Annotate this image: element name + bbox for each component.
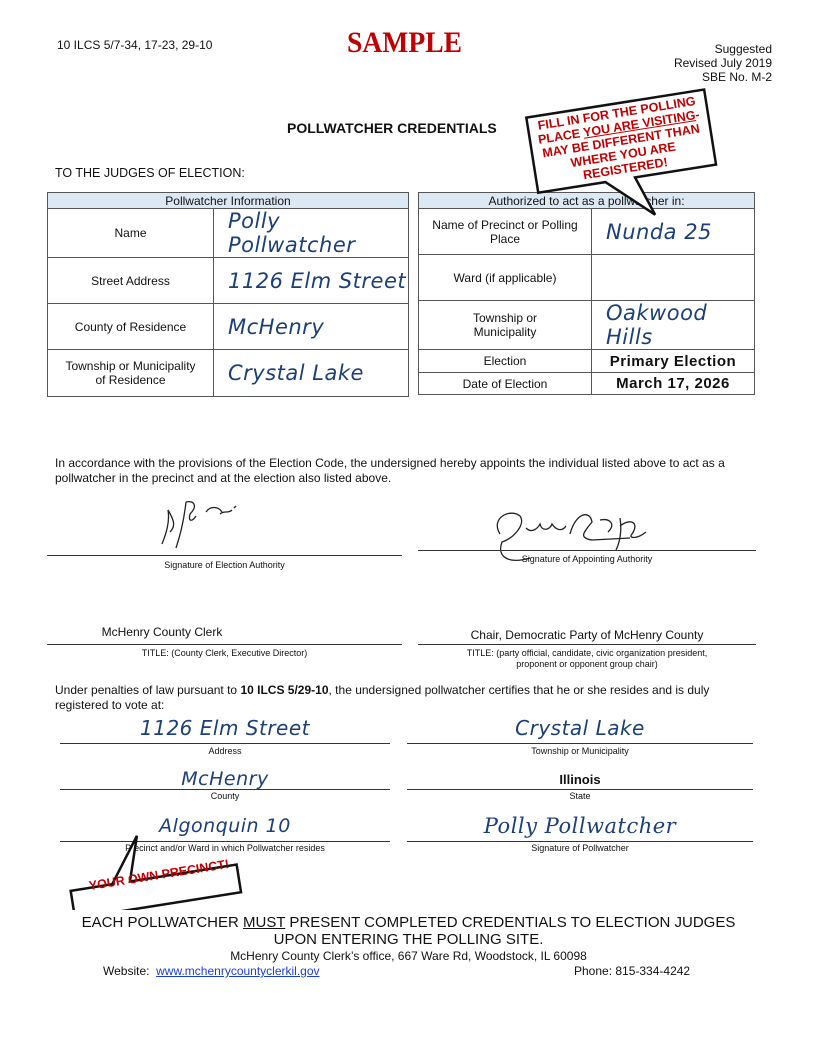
election-authority-title-line [47,644,402,645]
name-field[interactable]: Polly Pollwatcher [214,209,409,258]
website-row: Website: www.mchenrycountyclerkil.gov [103,964,320,978]
pollwatcher-signature-field[interactable]: Polly Pollwatcher [407,814,753,838]
footer-notice-line-2: UPON ENTERING THE POLLING SITE. [0,931,817,948]
appointment-text: In accordance with the provisions of the… [55,456,755,486]
state-caption: State [407,791,753,801]
website-link[interactable]: www.mchenrycountyclerkil.gov [156,964,319,978]
footer-notice: EACH POLLWATCHER MUST PRESENT COMPLETED … [0,914,817,948]
sample-watermark: SAMPLE [347,26,462,60]
registered-county-field[interactable]: McHenry [60,768,390,790]
county-label: County of Residence [48,304,214,350]
date-of-election-field[interactable]: March 17, 2026 [592,373,755,395]
footer-text: PRESENT COMPLETED CREDENTIALS TO ELECTIO… [285,914,735,931]
appointing-authority-signature-line [418,550,756,551]
pollwatcher-signature-line [407,841,753,842]
township-of-residence-label: Township or Municipality of Residence [48,350,214,397]
address-caption: Address [60,746,390,756]
phone-number: Phone: 815-334-4242 [574,964,690,978]
pollwatcher-info-table: Pollwatcher Information Name Polly Pollw… [47,192,409,397]
election-label: Election [419,350,592,373]
suggested-label: Suggested [674,42,772,56]
county-line [60,789,390,790]
website-label: Website: [103,964,149,978]
certification-text-part: Under penalties of law pursuant to [55,683,240,697]
revised-date: Revised July 2019 [674,56,772,70]
township-line [407,743,753,744]
form-revision-info: Suggested Revised July 2019 SBE No. M-2 [674,42,772,84]
date-of-election-label: Date of Election [419,373,592,395]
election-authority-caption: Signature of Election Authority [47,560,402,570]
appointing-authority-caption: Signature of Appointing Authority [418,554,756,564]
certification-text: Under penalties of law pursuant to 10 IL… [55,683,755,713]
clerk-office-address: McHenry County Clerk’s office, 667 Ware … [0,949,817,963]
election-authority-title-caption: TITLE: (County Clerk, Executive Director… [47,648,402,658]
appointing-title-caption-1: TITLE: (party official, candidate, civic… [418,648,756,658]
certification-statute: 10 ILCS 5/29-10 [240,683,328,697]
township-field[interactable]: Oakwood Hills [592,301,755,350]
registered-address-field[interactable]: 1126 Elm Street [60,716,390,740]
salutation: TO THE JUDGES OF ELECTION: [55,166,245,180]
county-caption: County [60,791,390,801]
address-line [60,743,390,744]
election-authority-title-value: McHenry County Clerk [47,625,277,639]
township-label: Township or Municipality [419,301,592,350]
election-authority-signature [140,492,280,552]
footer-notice-line-1: EACH POLLWATCHER MUST PRESENT COMPLETED … [0,914,817,931]
ward-label: Ward (if applicable) [419,255,592,301]
callout-text: - [694,107,700,121]
election-field[interactable]: Primary Election [592,350,755,373]
registered-township-field[interactable]: Crystal Lake [407,716,753,740]
township-caption: Township or Municipality [407,746,753,756]
footer-text: EACH POLLWATCHER [82,914,243,931]
county-field[interactable]: McHenry [214,304,409,350]
statute-citation: 10 ILCS 5/7-34, 17-23, 29-10 [57,38,212,52]
footer-emphasis: MUST [243,914,285,931]
election-authority-signature-line [47,555,402,556]
appointing-title-caption-2: proponent or opponent group chair) [418,659,756,669]
name-label: Name [48,209,214,258]
street-address-label: Street Address [48,258,214,304]
pollwatcher-info-heading: Pollwatcher Information [48,193,409,209]
ward-field[interactable] [592,255,755,301]
registered-state-field[interactable]: Illinois [407,772,753,787]
township-of-residence-field[interactable]: Crystal Lake [214,350,409,397]
state-line [407,789,753,790]
pollwatcher-signature-caption: Signature of Pollwatcher [407,843,753,853]
appointing-title-value: Chair, Democratic Party of McHenry Count… [418,628,756,642]
appointing-title-line [418,644,756,645]
street-address-field[interactable]: 1126 Elm Street [214,258,409,304]
sbe-number: SBE No. M-2 [674,70,772,84]
form-title: POLLWATCHER CREDENTIALS [287,120,497,136]
